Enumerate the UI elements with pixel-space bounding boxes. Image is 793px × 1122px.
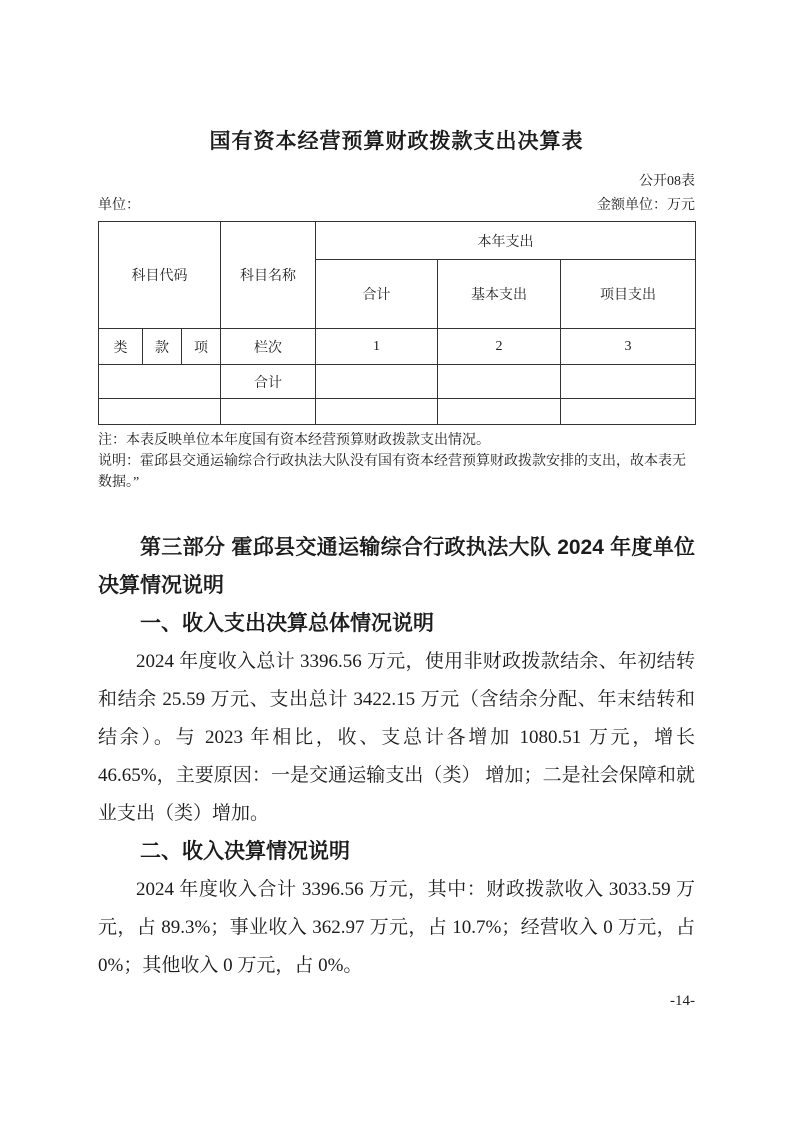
index-col-1: 1 <box>316 329 438 365</box>
index-col-2: 2 <box>438 329 561 365</box>
row-project-cell <box>561 365 696 399</box>
paragraph-overall-situation: 2024 年度收入总计 3396.56 万元，使用非财政拨款结余、年初结转和结余… <box>98 643 695 833</box>
row-code-cell <box>99 399 221 425</box>
header-current-year-expenditure: 本年支出 <box>316 222 696 260</box>
document-title: 国有资本经营预算财政拨款支出决算表 <box>98 127 695 157</box>
unit-label: 单位： <box>98 196 140 216</box>
table-notes: 注：本表反映单位本年度国有资本经营预算财政拨款支出情况。 说明：霍邱县交通运输综… <box>98 430 695 493</box>
amount-unit-label: 金额单位：万元 <box>597 196 695 216</box>
header-subject-name: 科目名称 <box>221 222 316 329</box>
row-basic-cell <box>438 365 561 399</box>
paragraph-income-situation: 2024 年度收入合计 3396.56 万元，其中：财政拨款收入 3033.59… <box>98 871 695 985</box>
row-code-cell <box>99 365 221 399</box>
header-basic-expenditure: 基本支出 <box>438 260 561 329</box>
section-heading-2: 二、收入决算情况说明 <box>98 833 695 871</box>
index-item: 项 <box>182 329 221 365</box>
row-total-cell <box>316 399 438 425</box>
table-index-row: 类 款 项 栏次 1 2 3 <box>99 329 696 365</box>
table-header-row-1: 科目代码 科目名称 本年支出 <box>99 222 696 260</box>
part3-heading: 第三部分 霍邱县交通运输综合行政执法大队 2024 年度单位决算情况说明 <box>98 529 695 605</box>
index-section: 款 <box>143 329 182 365</box>
row-name-cell <box>221 399 316 425</box>
header-subject-code: 科目代码 <box>99 222 221 329</box>
table-note-line: 注：本表反映单位本年度国有资本经营预算财政拨款支出情况。 <box>98 430 695 451</box>
page-number: -14- <box>670 991 695 1011</box>
table-row <box>99 399 696 425</box>
row-project-cell <box>561 399 696 425</box>
section-heading-1: 一、收入支出决算总体情况说明 <box>98 605 695 643</box>
document-page: 国有资本经营预算财政拨款支出决算表 公开08表 单位： 金额单位：万元 科目代码… <box>0 0 793 1122</box>
row-total-cell <box>316 365 438 399</box>
index-class: 类 <box>99 329 143 365</box>
header-total: 合计 <box>316 260 438 329</box>
index-col-3: 3 <box>561 329 696 365</box>
table-row: 合计 <box>99 365 696 399</box>
row-basic-cell <box>438 399 561 425</box>
row-name-cell: 合计 <box>221 365 316 399</box>
expenditure-table: 科目代码 科目名称 本年支出 合计 基本支出 项目支出 类 款 项 栏次 1 2… <box>98 221 696 425</box>
table-meta-row: 单位： 金额单位：万元 <box>98 196 695 216</box>
table-note-line: 说明：霍邱县交通运输综合行政执法大队没有国有资本经营预算财政拨款安排的支出，故本… <box>98 451 695 493</box>
public-form-number: 公开08表 <box>98 172 695 192</box>
index-column-label: 栏次 <box>221 329 316 365</box>
header-project-expenditure: 项目支出 <box>561 260 696 329</box>
